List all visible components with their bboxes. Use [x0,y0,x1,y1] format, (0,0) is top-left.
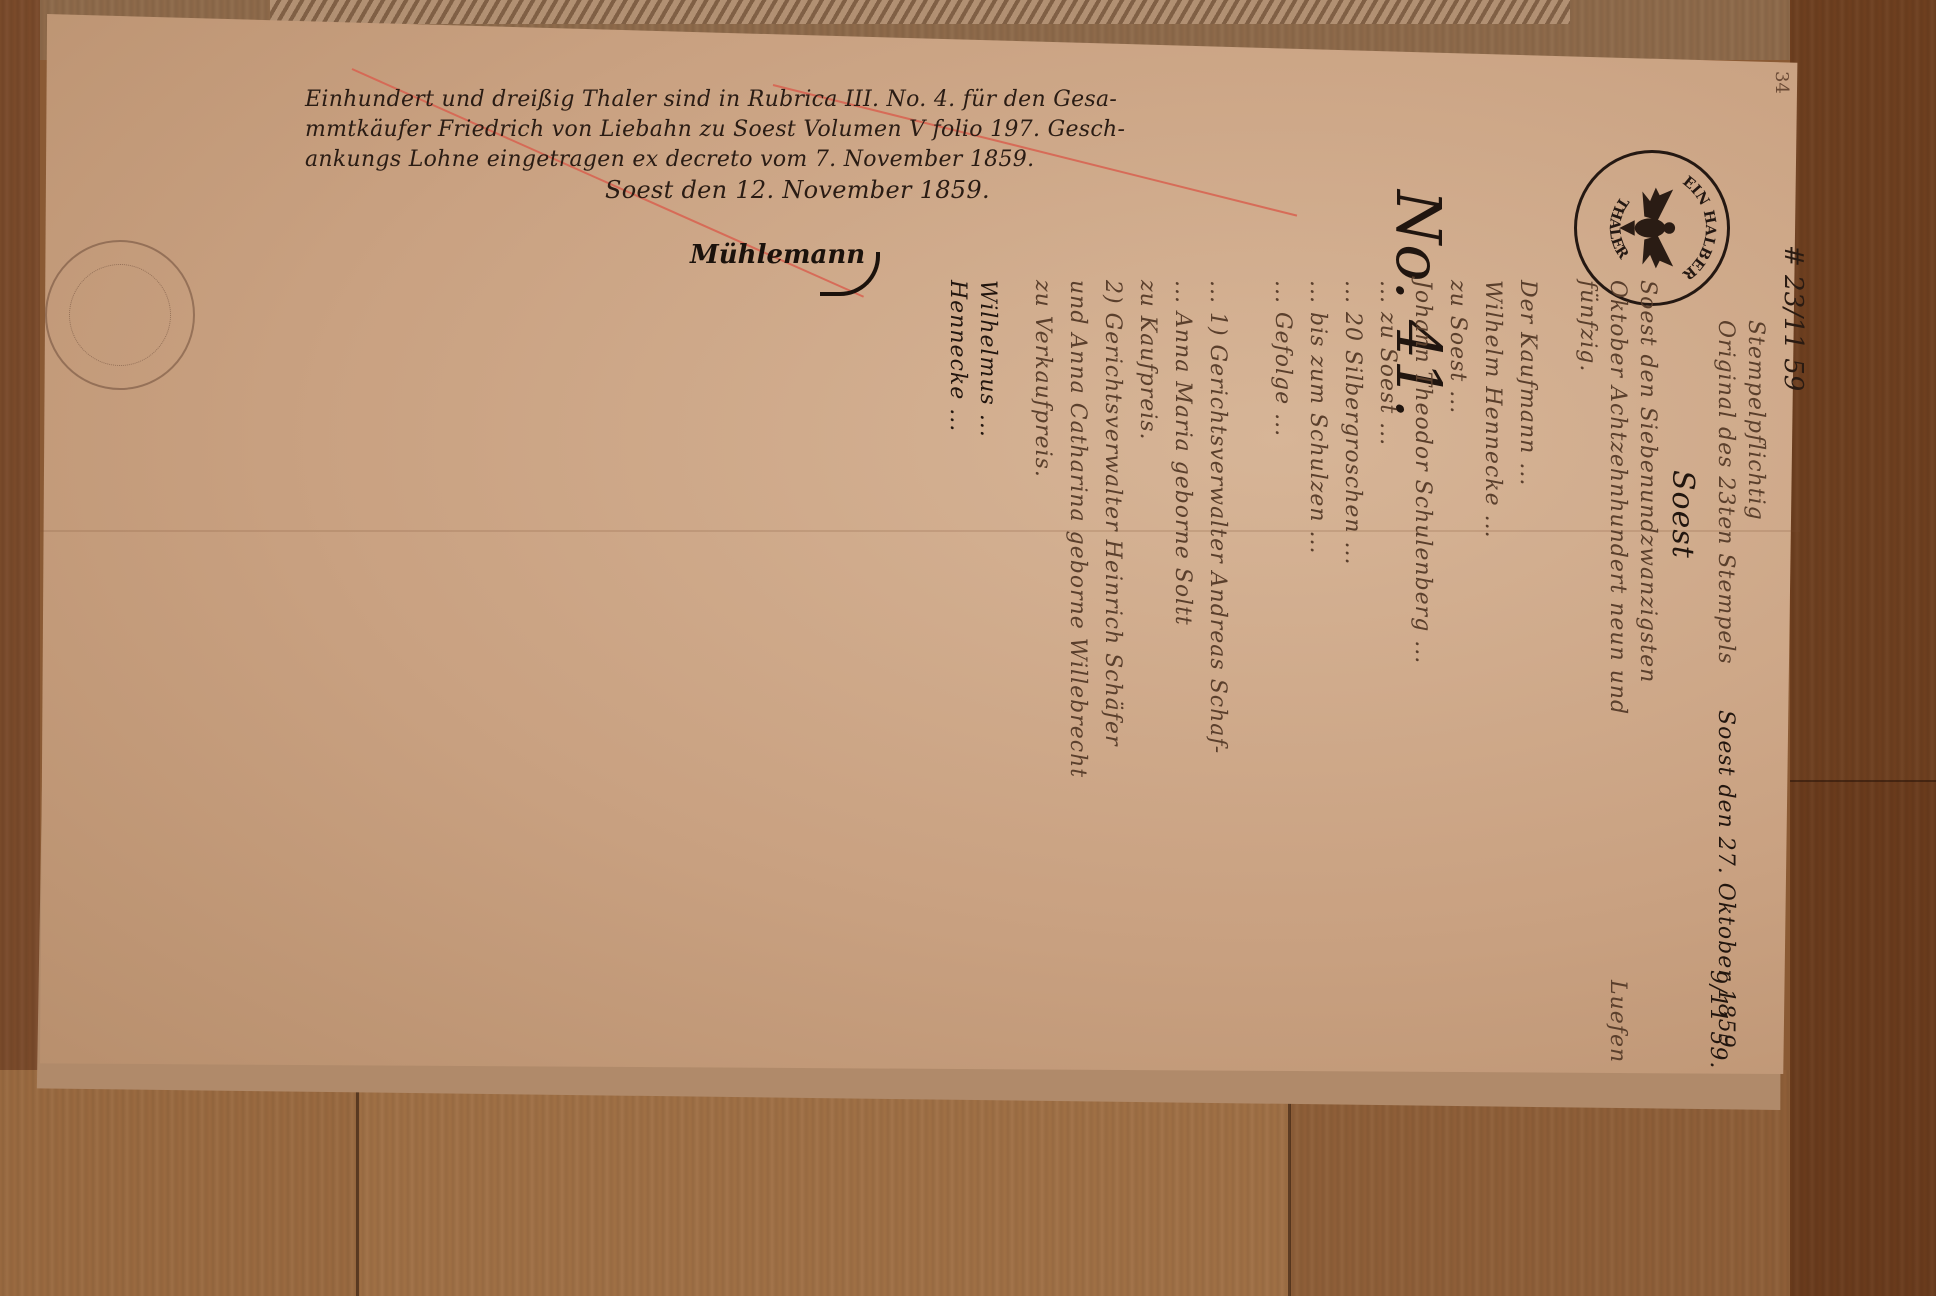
body-line: ... 1) Gerichtsverwalter Andreas Schaf- [1205,280,1230,754]
body-line: zu Kaufpreis. [1135,280,1160,441]
body-line: ... Anna Maria geborne Soltt [1170,280,1195,626]
endorsement-line: ankungs Lohne eingetragen ex decreto vom… [305,145,1265,175]
body-line: Stempelpflichtig [1743,320,1768,521]
closing-note: 9/11 59. [1705,970,1730,1069]
fold-crease [40,530,1800,532]
floor-plank [0,1070,360,1296]
page-number: 34 [1771,71,1792,94]
body-line: Original des 23ten Stempels [1713,320,1738,665]
floor-plank [1790,0,1936,780]
endorsement-text: Einhundert und dreißig Thaler sind in Ru… [305,85,1265,205]
body-line: und Anna Catharina geborne Willebrecht [1065,280,1090,778]
body-line: fünfzig. [1575,280,1600,372]
body-heading: Soest [1665,470,1700,559]
body-line: Hennecke ... [945,280,970,432]
floor-plank [360,1070,1290,1296]
floor-plank [0,0,40,1070]
body-line: ... Gefolge ... [1270,280,1295,437]
body-line: Der Kaufmann ... [1515,280,1540,486]
plank-seam [356,1070,359,1296]
endorsement-line: mmtkäufer Friedrich von Liebahn zu Soest… [305,115,1265,145]
body-line: ... bis zum Schulzen ... [1305,280,1330,555]
official-seal [45,240,195,390]
body-line: Soest den Siebenundzwanzigsten [1635,280,1660,683]
body-line: 2) Gerichtsverwalter Heinrich Schäfer [1100,280,1125,746]
body-line: ... zu Soest ... [1375,280,1400,446]
body-line: Wilhelm Hennecke ... [1480,280,1505,539]
floor-plank [1790,780,1936,1296]
closing-word: Luefen [1605,980,1630,1063]
endorsement-line: Einhundert und dreißig Thaler sind in Ru… [305,85,1265,115]
body-line: ... 20 Silbergroschen ... [1340,280,1365,566]
seal-inner-ring [69,264,171,366]
place-date: Soest den 12. November 1859. [305,175,1265,205]
body-line: zu Verkaufpreis. [1030,280,1055,478]
svg-text:EIN HALBER: EIN HALBER [1679,173,1719,284]
plank-seam [1790,780,1936,782]
body-line: Wilhelmus ... [975,280,1000,438]
body-line: Oktober Achtzehnhundert neun und [1605,280,1630,715]
body-line: zu Soest ... [1445,280,1470,414]
margin-date-note: # 23/11 59 [1778,245,1808,391]
binding-cord [270,0,1570,24]
body-line: Johann Theodor Schulenberg ... [1410,280,1435,664]
